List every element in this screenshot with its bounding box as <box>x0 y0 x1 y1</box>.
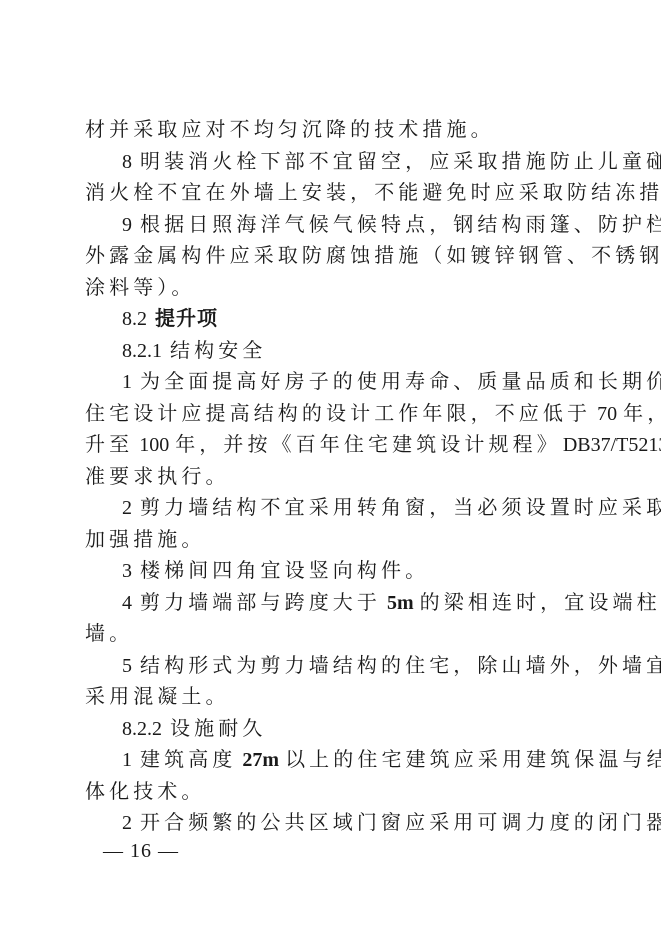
line-text: 年，并按《百年住宅建筑设计规程》 <box>175 432 561 456</box>
line-text: 的梁相连时，宜设端柱或翼 <box>420 590 661 614</box>
text-line: 准要求执行。 <box>85 461 577 493</box>
line-text: 采用混凝土。 <box>85 684 230 708</box>
line-text: 明装消火栓下部不宜留空，应采取措施防止儿童碰头。 <box>140 149 661 173</box>
subsection-title: 设施耐久 <box>170 716 266 740</box>
list-item-1: 1为全面提高好房子的使用寿命、质量品质和长期价值， <box>85 366 577 398</box>
list-item-3: 3楼梯间四角宜设竖向构件。 <box>85 555 577 587</box>
list-item-1: 1建筑高度27m以上的住宅建筑应采用建筑保温与结构一 <box>85 744 577 776</box>
list-item-5: 5结构形式为剪力墙结构的住宅，除山墙外，外墙宜全部 <box>85 650 577 682</box>
document-page: 材并采取应对不均匀沉降的技术措施。 8明装消火栓下部不宜留空，应采取措施防止儿童… <box>0 0 661 935</box>
text-line: 升至100年，并按《百年住宅建筑设计规程》DB37/T5213的标 <box>85 429 577 461</box>
line-text: 年，鼓励提 <box>623 401 661 425</box>
text-line: 住宅设计应提高结构的设计工作年限，不应低于70年，鼓励提 <box>85 398 577 430</box>
text-line: 加强措施。 <box>85 524 577 556</box>
line-text: 结构形式为剪力墙结构的住宅，除山墙外，外墙宜全部 <box>140 653 661 677</box>
text-line: 体化技术。 <box>85 776 577 808</box>
line-text: 涂料等）。 <box>85 275 196 299</box>
line-text: 体化技术。 <box>85 779 206 803</box>
section-heading-8-2: 8.2提升项 <box>85 303 577 335</box>
item-number: 5 <box>122 655 132 677</box>
text-line: 涂料等）。 <box>85 272 577 304</box>
subsection-heading-8-2-1: 8.2.1结构安全 <box>85 335 577 367</box>
text-line: 外露金属构件应采取防腐蚀措施（如镀锌钢管、不锈钢管、防腐 <box>85 240 577 272</box>
line-text: 建筑高度 <box>140 747 236 771</box>
subsection-heading-8-2-2: 8.2.2设施耐久 <box>85 713 577 745</box>
line-text: 为全面提高好房子的使用寿命、质量品质和长期价值， <box>140 369 661 393</box>
line-text: 以上的住宅建筑应采用建筑保温与结构一 <box>285 747 661 771</box>
number-value: 5m <box>387 592 414 614</box>
list-item-9: 9根据日照海洋气候气候特点，钢结构雨篷、防护栏杆等 <box>85 209 577 241</box>
line-text: 楼梯间四角宜设竖向构件。 <box>140 558 429 582</box>
number-value: 70 <box>597 403 617 425</box>
text-line: 消火栓不宜在外墙上安装，不能避免时应采取防结冻措施。 <box>85 177 577 209</box>
text-line: 采用混凝土。 <box>85 681 577 713</box>
page-number: — 16 — <box>103 840 179 863</box>
item-number: 4 <box>122 592 132 614</box>
line-text: 剪力墙端部与跨度大于 <box>140 590 381 614</box>
item-number: 8 <box>122 151 132 173</box>
number-value: 27m <box>242 749 279 771</box>
line-text: 材并采取应对不均匀沉降的技术措施。 <box>85 117 495 141</box>
list-item-2: 2开合频繁的公共区域门窗应采用可调力度的闭门器或具 <box>85 807 577 839</box>
item-number: 3 <box>122 560 132 582</box>
line-text: 住宅设计应提高结构的设计工作年限，不应低于 <box>85 401 591 425</box>
line-text: 外露金属构件应采取防腐蚀措施（如镀锌钢管、不锈钢管、防腐 <box>85 243 661 267</box>
item-number: 1 <box>122 371 132 393</box>
subsection-number: 8.2.1 <box>122 340 162 362</box>
list-item-8: 8明装消火栓下部不宜留空，应采取措施防止儿童碰头。 <box>85 146 577 178</box>
text-line: 墙。 <box>85 618 577 650</box>
line-text: 准要求执行。 <box>85 464 230 488</box>
subsection-number: 8.2.2 <box>122 718 162 740</box>
document-body: 材并采取应对不均匀沉降的技术措施。 8明装消火栓下部不宜留空，应采取措施防止儿童… <box>85 114 577 839</box>
line-text: 根据日照海洋气候气候特点，钢结构雨篷、防护栏杆等 <box>140 212 661 236</box>
line-text: 开合频繁的公共区域门窗应采用可调力度的闭门器或具 <box>140 810 661 834</box>
item-number: 9 <box>122 214 132 236</box>
item-number: 2 <box>122 812 132 834</box>
subsection-title: 结构安全 <box>170 338 266 362</box>
standard-code: DB37/T5213 <box>563 434 661 456</box>
number-value: 100 <box>139 434 169 456</box>
list-item-4: 4剪力墙端部与跨度大于5m的梁相连时，宜设端柱或翼 <box>85 587 577 619</box>
list-item-2: 2剪力墙结构不宜采用转角窗，当必须设置时应采取抗震 <box>85 492 577 524</box>
line-text: 消火栓不宜在外墙上安装，不能避免时应采取防结冻措施。 <box>85 180 661 204</box>
item-number: 1 <box>122 749 132 771</box>
line-text: 墙。 <box>85 621 133 645</box>
line-text: 加强措施。 <box>85 527 206 551</box>
line-text: 升至 <box>85 432 133 456</box>
text-line: 材并采取应对不均匀沉降的技术措施。 <box>85 114 577 146</box>
section-number: 8.2 <box>122 308 147 330</box>
item-number: 2 <box>122 497 132 519</box>
line-text: 剪力墙结构不宜采用转角窗，当必须设置时应采取抗震 <box>140 495 661 519</box>
section-title: 提升项 <box>155 306 218 330</box>
